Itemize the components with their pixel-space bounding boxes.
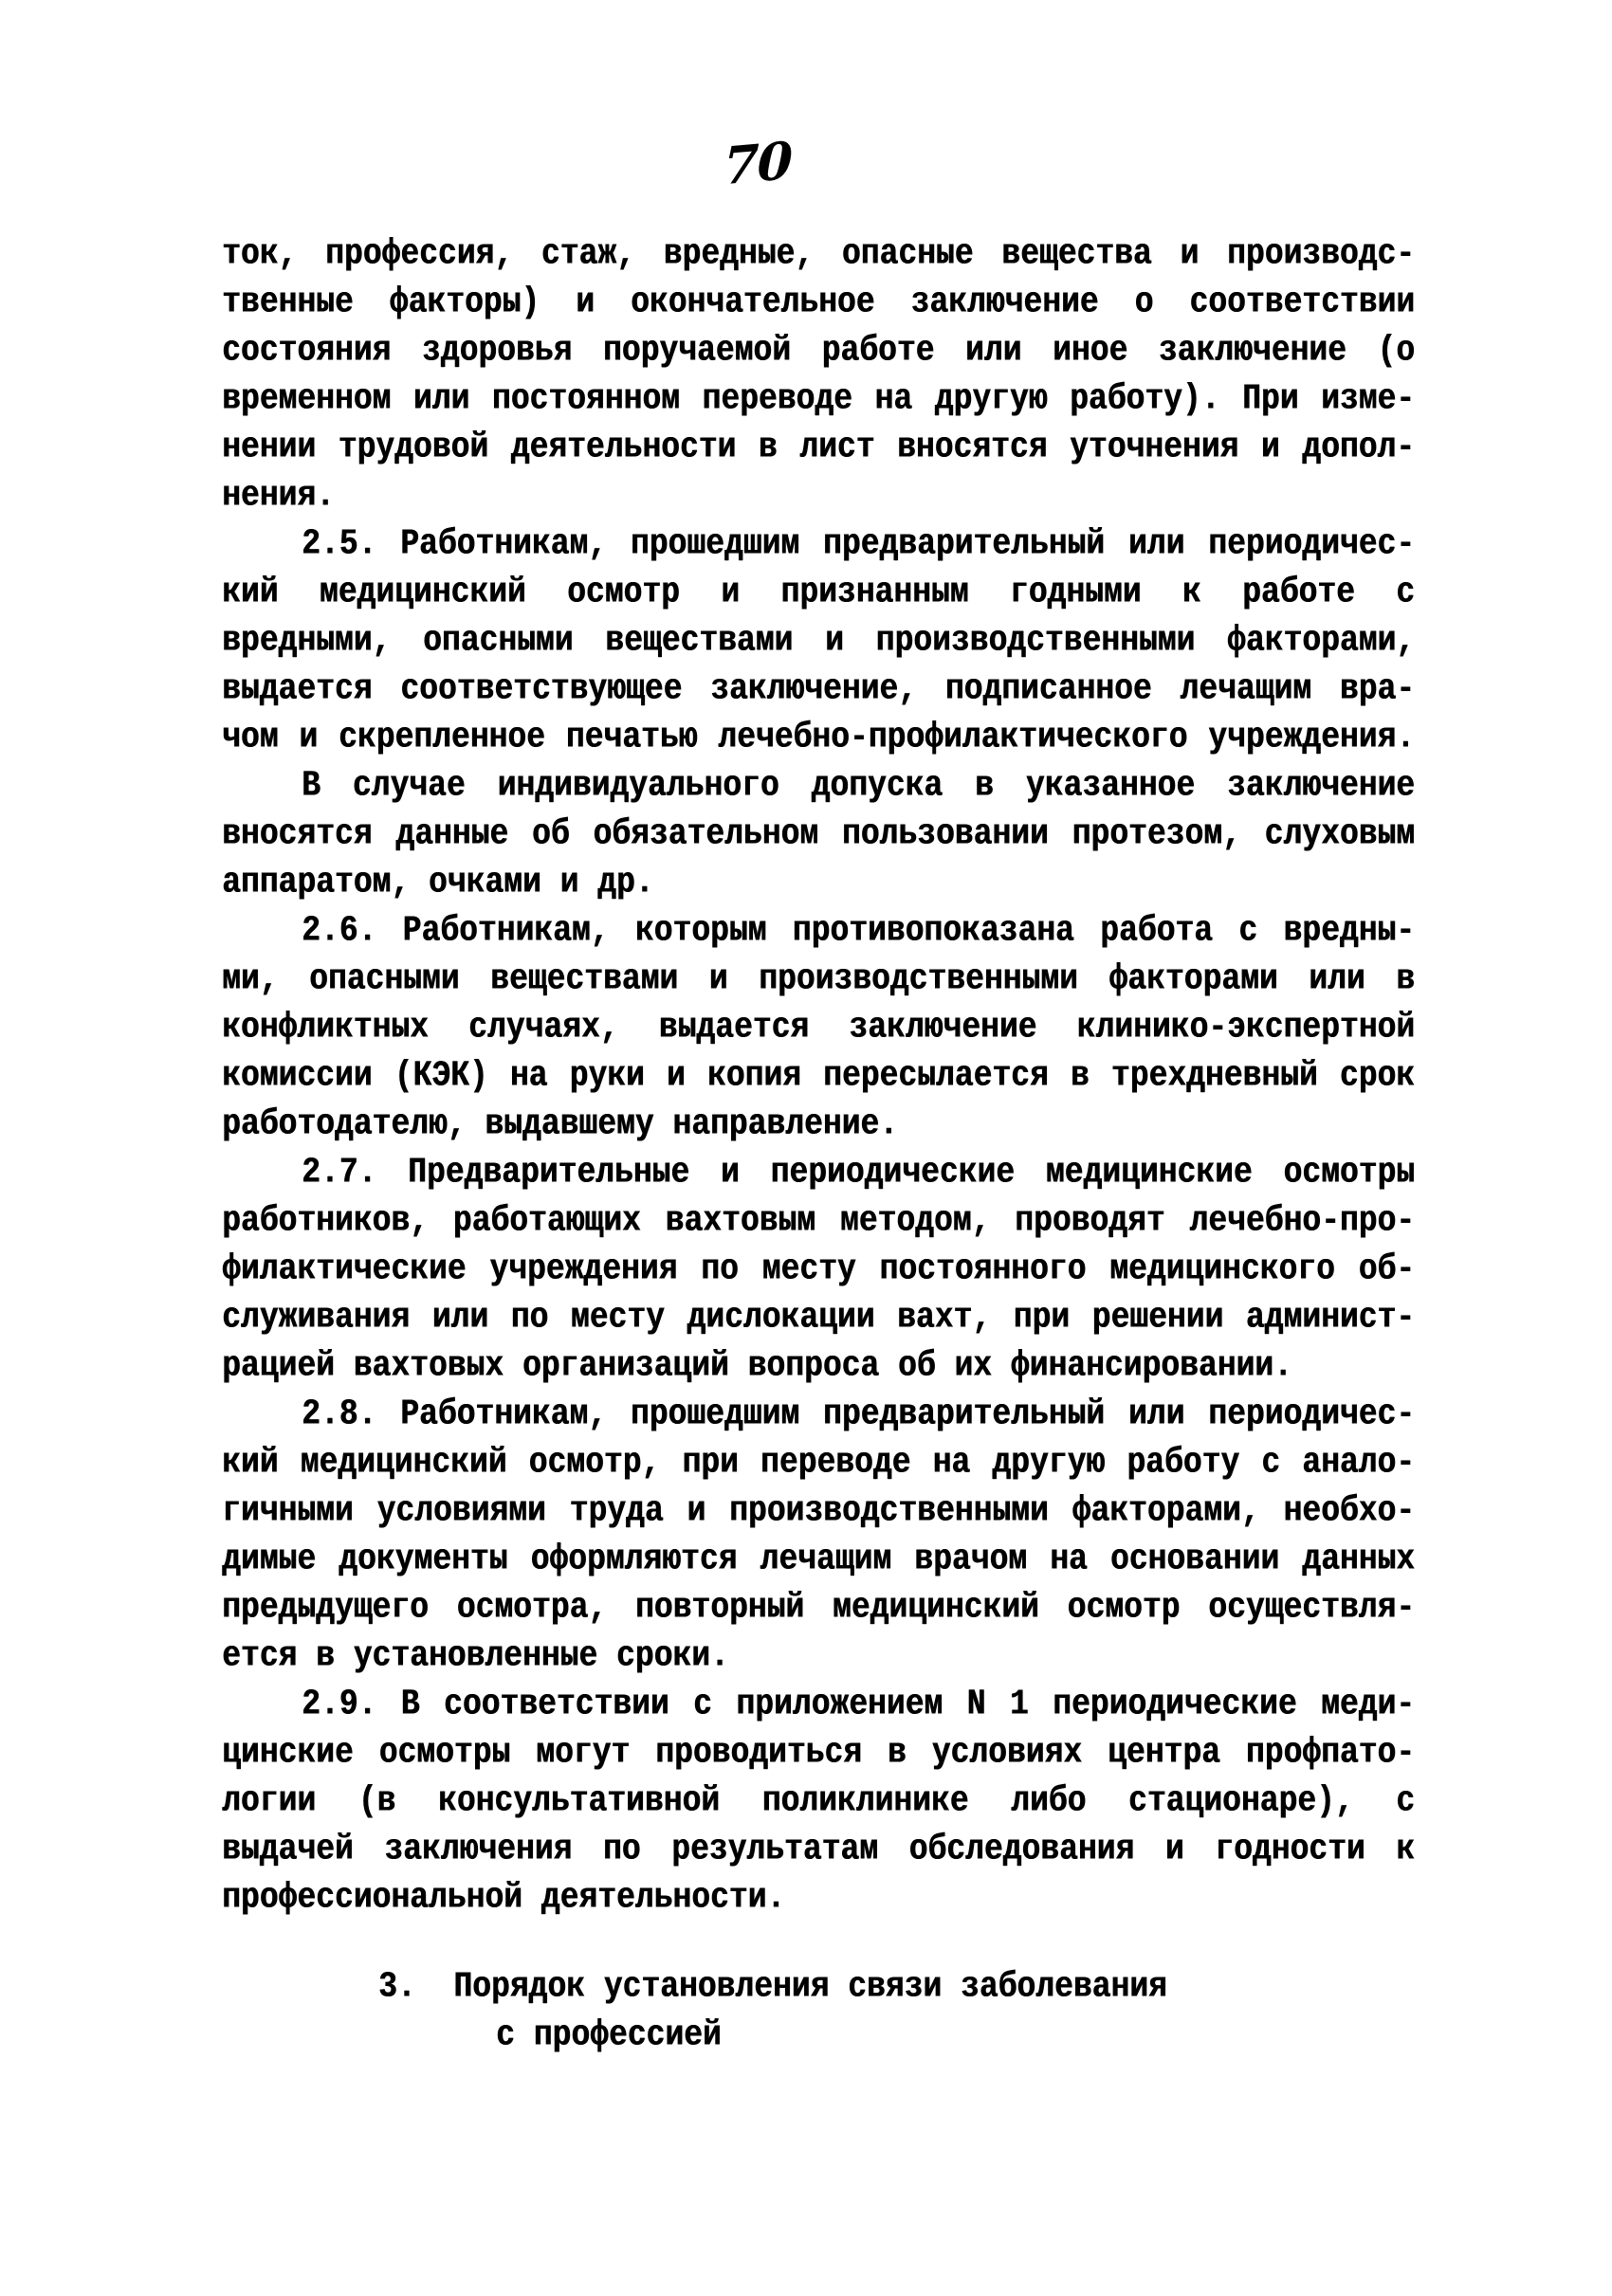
document-text-block: ток, профессия, стаж, вредные, опасные в… bbox=[222, 229, 1415, 1922]
text-line: вредными, опасными веществами и производ… bbox=[222, 612, 1415, 668]
text-line: аппаратом, очками и др. bbox=[222, 854, 1415, 910]
text-line: цинские осмотры могут проводиться в усло… bbox=[222, 1724, 1415, 1780]
text-line: выдается соответствующее заключение, под… bbox=[222, 661, 1415, 717]
text-line: ми, опасными веществами и производственн… bbox=[222, 951, 1415, 1007]
text-line: временном или постоянном переводе на дру… bbox=[222, 371, 1415, 427]
text-line: логии (в консультативной поликлинике либ… bbox=[222, 1773, 1415, 1829]
text-line: нения. bbox=[222, 467, 1415, 523]
scanned-document-page: { "page": { "number": "70", "background_… bbox=[0, 0, 1612, 2296]
section-heading-line1: 3. Порядок установления связи заболевани… bbox=[378, 1959, 1167, 2014]
text-line: чом и скрепленное печатью лечебно-профил… bbox=[222, 709, 1415, 765]
text-line: ется в установленные сроки. bbox=[222, 1628, 1415, 1684]
text-line: 2.8. Работникам, прошедшим предварительн… bbox=[222, 1386, 1415, 1442]
text-line: ток, профессия, стаж, вредные, опасные в… bbox=[222, 226, 1415, 282]
text-line: работодателю, выдавшему направление. bbox=[222, 1096, 1415, 1152]
text-line: кий медицинский осмотр и признанным годн… bbox=[222, 564, 1415, 620]
text-line: рацией вахтовых организаций вопроса об и… bbox=[222, 1338, 1415, 1394]
text-line: 2.6. Работникам, которым противопоказана… bbox=[222, 902, 1415, 958]
text-line: нении трудовой деятельности в лист внося… bbox=[222, 419, 1415, 475]
page-number: 70 bbox=[724, 130, 792, 197]
text-line: 2.5. Работникам, прошедшим предварительн… bbox=[222, 516, 1415, 572]
text-line: гичными условиями труда и производственн… bbox=[222, 1483, 1415, 1539]
text-line: работников, работающих вахтовым методом,… bbox=[222, 1193, 1415, 1248]
text-line: 2.7. Предварительные и периодические мед… bbox=[222, 1144, 1415, 1200]
text-line: твенные факторы) и окончательное заключе… bbox=[222, 274, 1415, 330]
section-heading-line2: с профессией bbox=[496, 2007, 722, 2063]
text-line: конфликтных случаях, выдается заключение… bbox=[222, 999, 1415, 1055]
text-line: профессиональной деятельности. bbox=[222, 1869, 1415, 1925]
text-line: 2.9. В соответствии с приложением N 1 пе… bbox=[222, 1676, 1415, 1732]
text-line: состояния здоровья поручаемой работе или… bbox=[222, 322, 1415, 378]
text-line: вносятся данные об обязательном пользова… bbox=[222, 806, 1415, 862]
text-line: служивания или по месту дислокации вахт,… bbox=[222, 1289, 1415, 1345]
text-line: димые документы оформляются лечащим врач… bbox=[222, 1531, 1415, 1587]
text-line: комиссии (КЭК) на руки и копия пересылае… bbox=[222, 1048, 1415, 1103]
text-line: выдачей заключения по результатам обслед… bbox=[222, 1821, 1415, 1877]
text-line: кий медицинский осмотр, при переводе на … bbox=[222, 1434, 1415, 1490]
text-line: филактические учреждения по месту постоя… bbox=[222, 1241, 1415, 1297]
text-line: В случае индивидуального допуска в указа… bbox=[222, 757, 1415, 813]
text-line: предыдущего осмотра, повторный медицинск… bbox=[222, 1579, 1415, 1635]
